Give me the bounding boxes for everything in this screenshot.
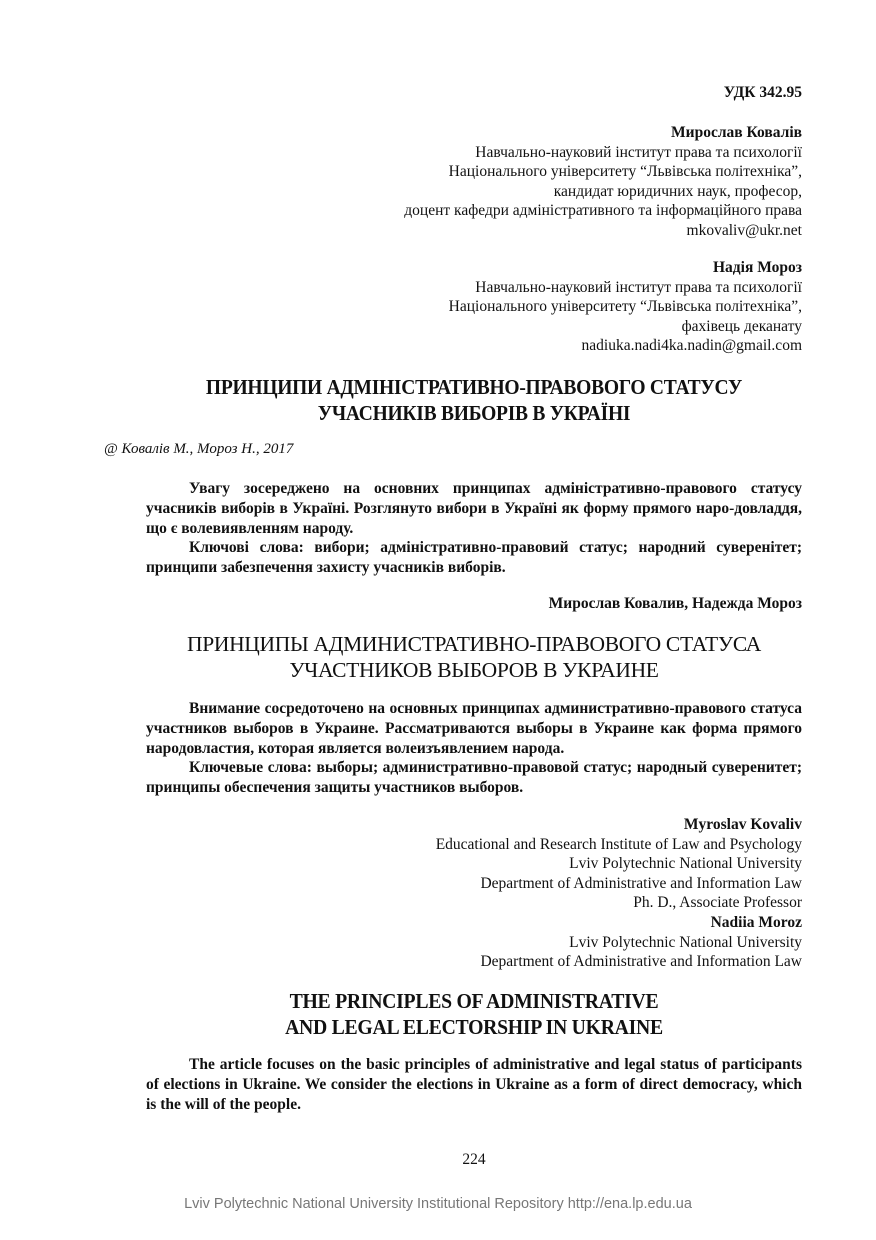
author-degree: Ph. D., Associate Professor [436,893,802,913]
abstract-text: Внимание сосредоточено на основных принц… [146,699,802,758]
author-department: Department of Administrative and Informa… [436,952,802,972]
title-english: THE PRINCIPLES OF ADMINISTRATIVE AND LEG… [166,988,783,1040]
authors-english: Myroslav Kovaliv Educational and Researc… [436,815,802,972]
title-line: УЧАСТНИКОВ ВЫБОРОВ В УКРАИНЕ [146,657,802,683]
author-affiliation: Навчально-науковий інститут права та пси… [449,278,802,298]
title-ukrainian: ПРИНЦИПИ АДМІНІСТРАТИВНО-ПРАВОВОГО СТАТУ… [169,374,779,426]
abstract-text: The article focuses on the basic princip… [146,1055,802,1114]
abstract-text: Увагу зосереджено на основних принципах … [146,479,802,538]
author-department: Department of Administrative and Informa… [436,874,802,894]
author-position: фахівець деканату [449,317,802,337]
author-position: доцент кафедри адміністративного та інфо… [404,201,802,221]
authors-russian: Мирослав Ковалив, Надежда Мороз [549,595,802,613]
author-affiliation: Навчально-науковий інститут права та пси… [404,143,802,163]
author-name: Myroslav Kovaliv [436,815,802,835]
page-number: 224 [146,1151,802,1169]
title-line: УЧАСНИКІВ ВИБОРІВ В УКРАЇНІ [169,400,779,426]
author-name: Nadiia Moroz [436,913,802,933]
author-affiliation: Lviv Polytechnic National University [436,933,802,953]
author-email: mkovaliv@ukr.net [404,221,802,241]
repository-footer: Lviv Polytechnic National University Ins… [0,1196,876,1212]
author-email: nadiuka.nadi4ka.nadin@gmail.com [449,336,802,356]
author-name: Мирослав Ковалів [404,123,802,143]
title-line: AND LEGAL ELECTORSHIP IN UKRAINE [166,1014,783,1040]
author-affiliation: Національного університету “Львівська по… [449,297,802,317]
author-name: Надія Мороз [449,258,802,278]
title-line: ПРИНЦИПИ АДМІНІСТРАТИВНО-ПРАВОВОГО СТАТУ… [169,374,779,400]
author-affiliation: Національного університету “Львівська по… [404,162,802,182]
abstract-russian: Внимание сосредоточено на основных принц… [146,699,802,798]
udk-code: УДК 342.95 [724,84,802,102]
keywords: Ключові слова: вибори; адміністративно-п… [146,538,802,578]
keywords: Ключевые слова: выборы; административно-… [146,758,802,798]
title-line: THE PRINCIPLES OF ADMINISTRATIVE [166,988,783,1014]
title-russian: ПРИНЦИПЫ АДМИНИСТРАТИВНО-ПРАВОВОГО СТАТУ… [146,631,802,683]
author-degree: кандидат юридичних наук, професор, [404,182,802,202]
copyright-notice: @ Ковалів М., Мороз Н., 2017 [104,441,293,458]
author-affiliation: Lviv Polytechnic National University [436,854,802,874]
abstract-english: The article focuses on the basic princip… [146,1055,802,1114]
author-affiliation: Educational and Research Institute of La… [436,835,802,855]
author-block-ua-2: Надія Мороз Навчально-науковий інститут … [449,258,802,356]
title-line: ПРИНЦИПЫ АДМИНИСТРАТИВНО-ПРАВОВОГО СТАТУ… [146,631,802,657]
author-block-ua-1: Мирослав Ковалів Навчально-науковий інст… [404,123,802,241]
abstract-ukrainian: Увагу зосереджено на основних принципах … [146,479,802,578]
